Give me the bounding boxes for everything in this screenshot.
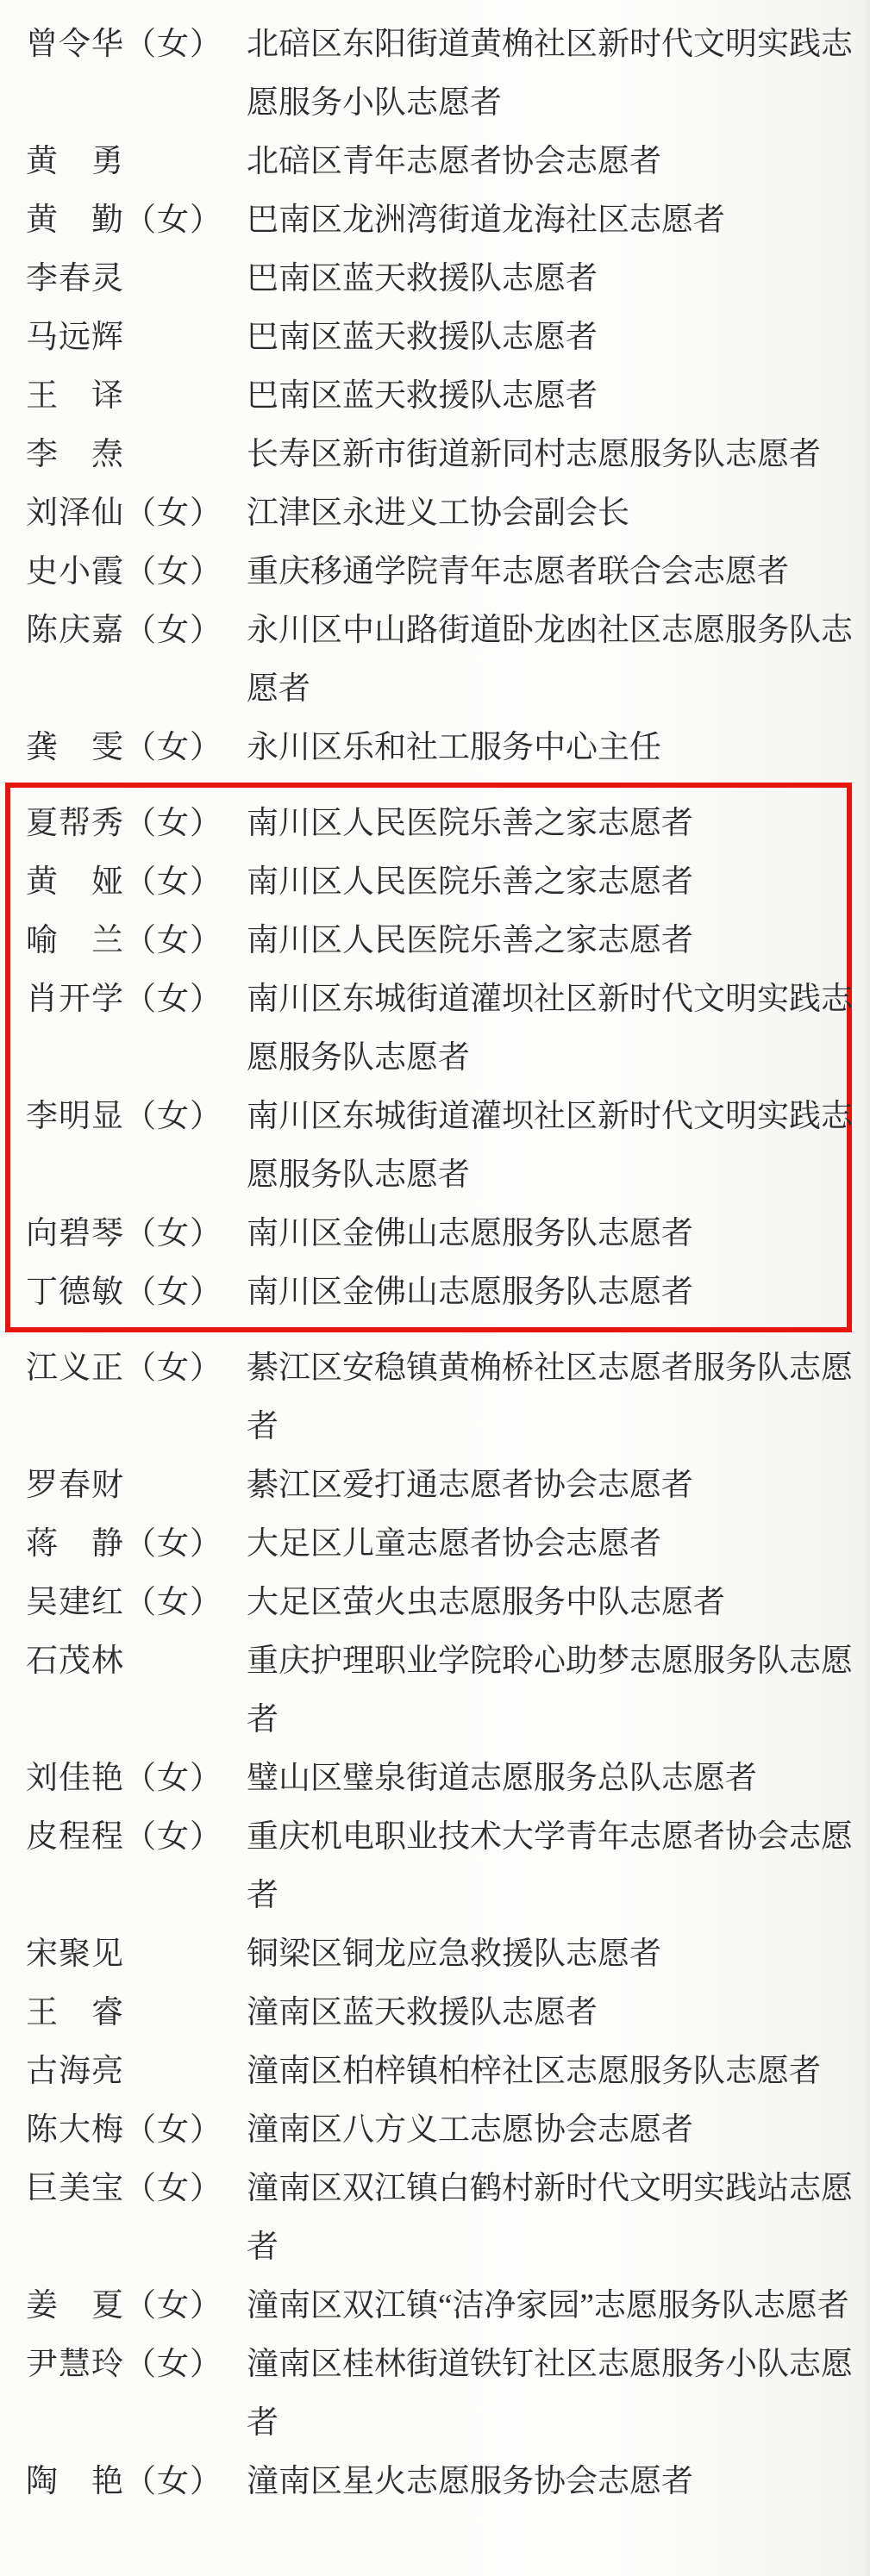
volunteer-name: 姜 夏（女） <box>26 2277 247 2336</box>
volunteer-name: 尹慧玲（女） <box>26 2336 247 2394</box>
list-item: 江义正（女） 綦江区安稳镇黄桷桥社区志愿者服务队志愿者 <box>26 1339 856 1456</box>
list-item: 刘佳艳（女） 璧山区璧泉街道志愿服务总队志愿者 <box>26 1750 856 1808</box>
list-item: 向碧琴（女） 南川区金佛山志愿服务队志愿者 <box>26 1205 847 1263</box>
volunteer-affiliation: 大足区萤火虫志愿服务中队志愿者 <box>247 1574 861 1632</box>
volunteer-name: 皮程程（女） <box>26 1808 247 1867</box>
volunteer-name: 宋聚见 <box>26 1925 247 1984</box>
volunteer-affiliation: 南川区金佛山志愿服务队志愿者 <box>247 1263 861 1322</box>
list-item: 石茂林 重庆护理职业学院聆心助梦志愿服务队志愿者 <box>26 1632 856 1750</box>
volunteer-affiliation: 铜梁区铜龙应急救援队志愿者 <box>247 1925 861 1984</box>
volunteer-affiliation: 长寿区新市街道新同村志愿服务队志愿者 <box>247 426 861 484</box>
list-item: 黄 娅（女） 南川区人民医院乐善之家志愿者 <box>26 853 847 912</box>
volunteer-name: 蒋 静（女） <box>26 1515 247 1574</box>
volunteer-name: 古海亮 <box>26 2043 247 2101</box>
list-item: 陶 艳（女） 潼南区星火志愿服务协会志愿者 <box>26 2453 856 2511</box>
volunteer-affiliation: 綦江区安稳镇黄桷桥社区志愿者服务队志愿者 <box>247 1339 861 1456</box>
volunteer-affiliation: 大足区儿童志愿者协会志愿者 <box>247 1515 861 1574</box>
volunteer-name: 罗春财 <box>26 1456 247 1515</box>
list-item: 王 译 巴南区蓝天救援队志愿者 <box>26 367 856 426</box>
volunteer-affiliation: 綦江区爱打通志愿者协会志愿者 <box>247 1456 861 1515</box>
volunteer-name: 马远辉 <box>26 309 247 367</box>
volunteer-name: 李春灵 <box>26 250 247 309</box>
volunteer-affiliation: 潼南区柏梓镇柏梓社区志愿服务队志愿者 <box>247 2043 861 2101</box>
volunteer-name: 黄 勤（女） <box>26 191 247 250</box>
volunteer-name: 李明显（女） <box>26 1088 247 1146</box>
volunteer-name: 夏帮秀（女） <box>26 795 247 853</box>
volunteer-name: 黄 勇 <box>26 133 247 191</box>
volunteer-affiliation: 潼南区双江镇白鹤村新时代文明实践站志愿者 <box>247 2160 861 2277</box>
list-item: 黄 勇 北碚区青年志愿者协会志愿者 <box>26 133 856 191</box>
list-item: 陈大梅（女） 潼南区八方义工志愿协会志愿者 <box>26 2101 856 2160</box>
volunteer-name: 巨美宝（女） <box>26 2160 247 2218</box>
volunteer-affiliation: 永川区乐和社工服务中心主任 <box>247 719 861 777</box>
volunteer-name: 肖开学（女） <box>26 970 247 1029</box>
volunteer-affiliation: 江津区永进义工协会副会长 <box>247 484 861 543</box>
volunteer-affiliation: 重庆护理职业学院聆心助梦志愿服务队志愿者 <box>247 1632 861 1750</box>
list-item: 宋聚见 铜梁区铜龙应急救援队志愿者 <box>26 1925 856 1984</box>
volunteer-affiliation: 重庆机电职业技术大学青年志愿者协会志愿者 <box>247 1808 861 1925</box>
volunteer-name: 刘泽仙（女） <box>26 484 247 543</box>
volunteer-name: 丁德敏（女） <box>26 1263 247 1322</box>
volunteer-affiliation: 巴南区蓝天救援队志愿者 <box>247 309 861 367</box>
list-item: 曾令华（女） 北碚区东阳街道黄桷社区新时代文明实践志愿服务小队志愿者 <box>26 16 856 133</box>
volunteer-name: 曾令华（女） <box>26 16 247 74</box>
volunteer-name: 向碧琴（女） <box>26 1205 247 1263</box>
list-item: 陈庆嘉（女） 永川区中山路街道卧龙凼社区志愿服务队志愿者 <box>26 602 856 719</box>
volunteer-affiliation: 北碚区青年志愿者协会志愿者 <box>247 133 861 191</box>
volunteer-affiliation: 潼南区蓝天救援队志愿者 <box>247 1984 861 2043</box>
list-item: 肖开学（女） 南川区东城街道灌坝社区新时代文明实践志愿服务队志愿者 <box>26 970 847 1088</box>
volunteer-affiliation: 南川区金佛山志愿服务队志愿者 <box>247 1205 861 1263</box>
list-item: 巨美宝（女） 潼南区双江镇白鹤村新时代文明实践站志愿者 <box>26 2160 856 2277</box>
volunteer-affiliation: 南川区人民医院乐善之家志愿者 <box>247 795 861 853</box>
highlight-box: 夏帮秀（女） 南川区人民医院乐善之家志愿者 黄 娅（女） 南川区人民医院乐善之家… <box>5 783 852 1332</box>
volunteer-name: 吴建红（女） <box>26 1574 247 1632</box>
list-item: 刘泽仙（女） 江津区永进义工协会副会长 <box>26 484 856 543</box>
list-item: 蒋 静（女） 大足区儿童志愿者协会志愿者 <box>26 1515 856 1574</box>
list-item: 李明显（女） 南川区东城街道灌坝社区新时代文明实践志愿服务队志愿者 <box>26 1088 847 1205</box>
list-item: 皮程程（女） 重庆机电职业技术大学青年志愿者协会志愿者 <box>26 1808 856 1925</box>
list-item: 龚 雯（女） 永川区乐和社工服务中心主任 <box>26 719 856 777</box>
list-item: 古海亮 潼南区柏梓镇柏梓社区志愿服务队志愿者 <box>26 2043 856 2101</box>
list-item: 黄 勤（女） 巴南区龙洲湾街道龙海社区志愿者 <box>26 191 856 250</box>
volunteer-name: 陈庆嘉（女） <box>26 602 247 660</box>
list-item: 史小霞（女） 重庆移通学院青年志愿者联合会志愿者 <box>26 543 856 602</box>
volunteer-name: 刘佳艳（女） <box>26 1750 247 1808</box>
volunteer-name: 江义正（女） <box>26 1339 247 1398</box>
list-item: 马远辉 巴南区蓝天救援队志愿者 <box>26 309 856 367</box>
volunteer-affiliation: 璧山区璧泉街道志愿服务总队志愿者 <box>247 1750 861 1808</box>
list-item: 李春灵 巴南区蓝天救援队志愿者 <box>26 250 856 309</box>
volunteer-affiliation: 南川区东城街道灌坝社区新时代文明实践志愿服务队志愿者 <box>247 970 861 1088</box>
volunteer-name: 史小霞（女） <box>26 543 247 602</box>
list-item: 王 睿 潼南区蓝天救援队志愿者 <box>26 1984 856 2043</box>
volunteer-affiliation: 重庆移通学院青年志愿者联合会志愿者 <box>247 543 861 602</box>
volunteer-name: 王 译 <box>26 367 247 426</box>
document-page: 曾令华（女） 北碚区东阳街道黄桷社区新时代文明实践志愿服务小队志愿者 黄 勇 北… <box>0 0 870 2511</box>
volunteer-name: 黄 娅（女） <box>26 853 247 912</box>
volunteer-name: 王 睿 <box>26 1984 247 2043</box>
list-item: 李 焘 长寿区新市街道新同村志愿服务队志愿者 <box>26 426 856 484</box>
volunteer-affiliation: 北碚区东阳街道黄桷社区新时代文明实践志愿服务小队志愿者 <box>247 16 861 133</box>
volunteer-affiliation: 潼南区八方义工志愿协会志愿者 <box>247 2101 861 2160</box>
list-item: 罗春财 綦江区爱打通志愿者协会志愿者 <box>26 1456 856 1515</box>
volunteer-name: 李 焘 <box>26 426 247 484</box>
volunteer-name: 喻 兰（女） <box>26 912 247 970</box>
volunteer-affiliation: 南川区人民医院乐善之家志愿者 <box>247 853 861 912</box>
list-item: 喻 兰（女） 南川区人民医院乐善之家志愿者 <box>26 912 847 970</box>
volunteer-affiliation: 巴南区龙洲湾街道龙海社区志愿者 <box>247 191 861 250</box>
volunteer-affiliation: 永川区中山路街道卧龙凼社区志愿服务队志愿者 <box>247 602 861 719</box>
list-item: 姜 夏（女） 潼南区双江镇“洁净家园”志愿服务队志愿者 <box>26 2277 856 2336</box>
volunteer-name: 陶 艳（女） <box>26 2453 247 2511</box>
list-item: 尹慧玲（女） 潼南区桂林街道铁钉社区志愿服务小队志愿者 <box>26 2336 856 2453</box>
volunteer-affiliation: 潼南区双江镇“洁净家园”志愿服务队志愿者 <box>247 2277 861 2336</box>
list-item: 夏帮秀（女） 南川区人民医院乐善之家志愿者 <box>26 795 847 853</box>
volunteer-name: 龚 雯（女） <box>26 719 247 777</box>
list-item: 丁德敏（女） 南川区金佛山志愿服务队志愿者 <box>26 1263 847 1322</box>
volunteer-affiliation: 巴南区蓝天救援队志愿者 <box>247 367 861 426</box>
volunteer-name: 陈大梅（女） <box>26 2101 247 2160</box>
volunteer-affiliation: 巴南区蓝天救援队志愿者 <box>247 250 861 309</box>
volunteer-affiliation: 潼南区桂林街道铁钉社区志愿服务小队志愿者 <box>247 2336 861 2453</box>
volunteer-list: 曾令华（女） 北碚区东阳街道黄桷社区新时代文明实践志愿服务小队志愿者 黄 勇 北… <box>26 16 856 2511</box>
list-item: 吴建红（女） 大足区萤火虫志愿服务中队志愿者 <box>26 1574 856 1632</box>
volunteer-affiliation: 南川区人民医院乐善之家志愿者 <box>247 912 861 970</box>
volunteer-affiliation: 南川区东城街道灌坝社区新时代文明实践志愿服务队志愿者 <box>247 1088 861 1205</box>
volunteer-name: 石茂林 <box>26 1632 247 1691</box>
volunteer-affiliation: 潼南区星火志愿服务协会志愿者 <box>247 2453 861 2511</box>
